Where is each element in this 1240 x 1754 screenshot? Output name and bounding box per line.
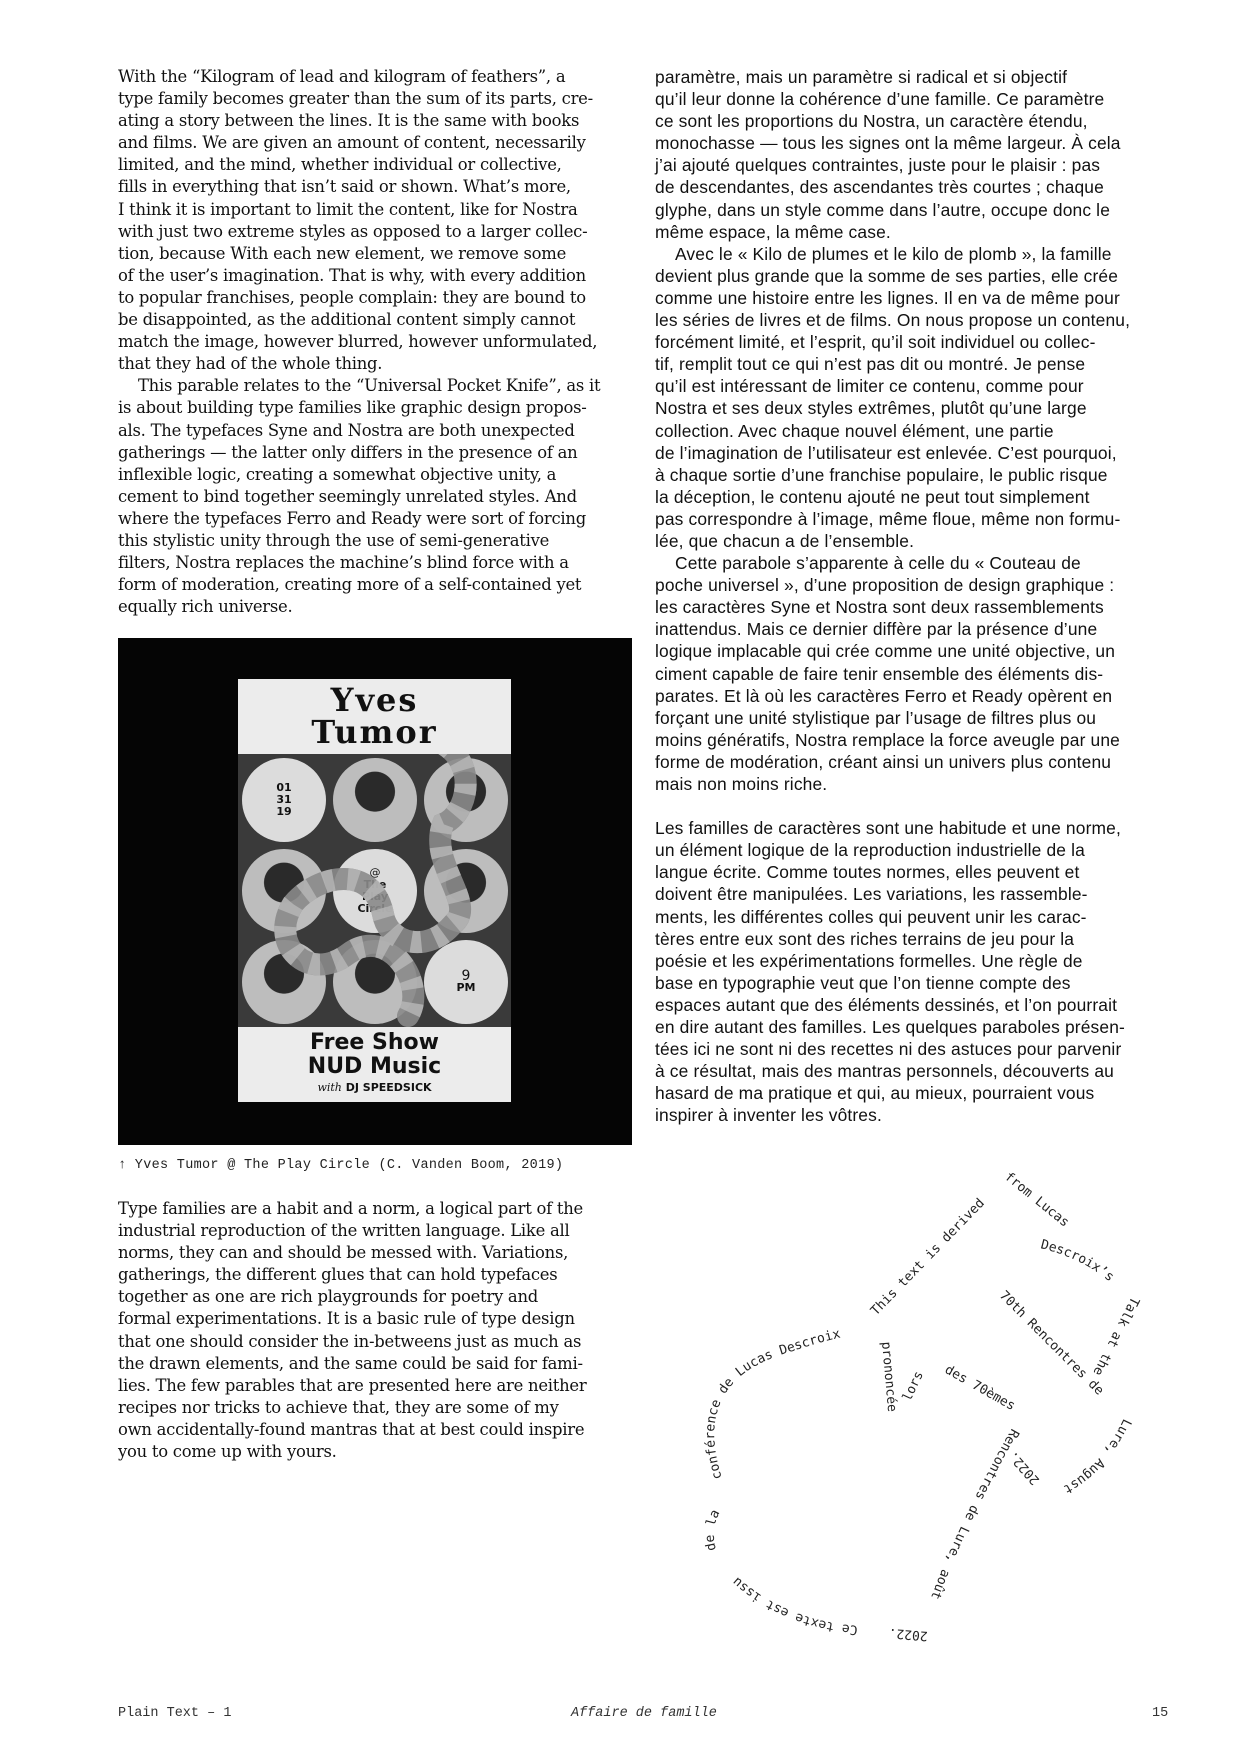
footer-publication: Plain Text – 1 — [118, 1706, 231, 1721]
text-line: Avec le « Kilo de plumes et le kilo de p… — [655, 243, 1175, 265]
text-line: Type families are a habit and a norm, a … — [118, 1198, 648, 1220]
credit-en-segment: This text is derived — [868, 1196, 988, 1319]
credit-fr-segment: lors — [900, 1369, 927, 1404]
text-line: together as one are rich playgrounds for… — [118, 1286, 648, 1308]
text-line: gatherings — the latter only differs in … — [118, 442, 638, 464]
text-line: This parable relates to the “Universal P… — [118, 375, 638, 397]
credit-fr-segment: 2022. — [888, 1625, 928, 1643]
text-line: inflexible logic, creating a somewhat ob… — [118, 464, 638, 486]
text-line: match the image, however blurred, howeve… — [118, 331, 638, 353]
poster-nud-music: NUD Music — [238, 1055, 511, 1079]
credit-fr-segment: Rencontres de Lure, août — [927, 1426, 1021, 1601]
text-line: be disappointed, as the additional conte… — [118, 309, 638, 331]
text-line: type family becomes greater than the sum… — [118, 88, 638, 110]
curved-credit-text: This text is derived from Lucas Descroix… — [640, 1150, 1200, 1670]
poster-title-tumor: Tumor — [238, 715, 511, 749]
text-line: moins génératifs, Nostra remplace la for… — [655, 729, 1175, 751]
text-line: paramètre, mais un paramètre si radical … — [655, 66, 1175, 88]
text-line: un élément logique de la reproduction in… — [655, 839, 1175, 861]
page-number: 15 — [1152, 1706, 1168, 1721]
credit-en-segment: Talk at the — [1089, 1294, 1141, 1378]
figure-caption: ↑ Yves Tumor @ The Play Circle (C. Vande… — [118, 1158, 563, 1173]
text-line: equally rich universe. — [118, 596, 638, 618]
text-line: the drawn elements, and the same could b… — [118, 1353, 648, 1375]
text-line: de l’imagination de l’utilisateur est en… — [655, 442, 1175, 464]
text-line: cement to bind together seemingly unrela… — [118, 486, 638, 508]
text-line: tères entre eux sont des riches terrains… — [655, 928, 1175, 950]
text-line: devient plus grande que la somme de ses … — [655, 265, 1175, 287]
footer-article-title: Affaire de famille — [571, 1706, 717, 1721]
english-conclusion-paragraph: Type families are a habit and a norm, a … — [118, 1198, 648, 1463]
text-line: and films. We are given an amount of con… — [118, 132, 638, 154]
text-line: de descendantes, des ascendantes très co… — [655, 176, 1175, 198]
text-line: inattendus. Mais ce dernier diffère par … — [655, 618, 1175, 640]
text-line: doivent être manipulées. Les variations,… — [655, 883, 1175, 905]
text-line: à chaque sortie d’une franchise populair… — [655, 464, 1175, 486]
text-line: of the user’s imagination. That is why, … — [118, 265, 638, 287]
text-line: ments, les différentes colles qui peuven… — [655, 906, 1175, 928]
poster-dj-name: DJ SPEEDSICK — [346, 1081, 432, 1094]
text-line: ating a story between the lines. It is t… — [118, 110, 638, 132]
text-line: that they had of the whole thing. — [118, 353, 638, 375]
poster-portrait-grid: 01 31 19 @ The Play Circle — [238, 754, 511, 1027]
credit-fr-segment: de la — [703, 1507, 724, 1552]
text-line: Nostra et ses deux styles extrêmes, plut… — [655, 397, 1175, 419]
text-line: monochasse — tous les signes ont la même… — [655, 132, 1175, 154]
paragraph-familles: Les familles de caractères sont une habi… — [655, 817, 1175, 1126]
poster-image: Yves Tumor 01 31 19 @ The Play Circle — [118, 638, 632, 1145]
poster: Yves Tumor 01 31 19 @ The Play Circle — [238, 679, 511, 1102]
text-line: you to come up with yours. — [118, 1441, 648, 1463]
text-line: where the typefaces Ferro and Ready were… — [118, 508, 638, 530]
text-line: own accidentally-found mantras that at b… — [118, 1419, 648, 1441]
text-line: logique implacable qui crée comme une un… — [655, 640, 1175, 662]
text-line: lée, que chacun a de l’ensemble. — [655, 530, 1175, 552]
text-line: formal experimentations. It is a basic r… — [118, 1308, 648, 1330]
text-line: filters, Nostra replaces the machine’s b… — [118, 552, 638, 574]
text-line: tées ici ne sont ni des recettes ni des … — [655, 1038, 1175, 1060]
text-line: is about building type families like gra… — [118, 397, 638, 419]
text-line: mais non moins riche. — [655, 773, 1175, 795]
text-line: base en typographie veut que l’on tienne… — [655, 972, 1175, 994]
text-line: Cette parabole s’apparente à celle du « … — [655, 552, 1175, 574]
text-line: with just two extreme styles as opposed … — [118, 221, 638, 243]
text-line: ce sont les proportions du Nostra, un ca… — [655, 110, 1175, 132]
credit-en-segment: from Lucas — [1001, 1169, 1071, 1230]
paragraph-pocket-knife: This parable relates to the “Universal P… — [118, 375, 638, 618]
credit-en-segment: 70th Rencontres de — [996, 1288, 1106, 1398]
text-line: hasard de ma pratique et qui, au mieux, … — [655, 1082, 1175, 1104]
text-line: les séries de livres et de films. On nou… — [655, 309, 1175, 331]
credit-en-segment: Lure, August — [1061, 1416, 1134, 1496]
credit-fr-segment: Ce texte est issu — [730, 1574, 858, 1637]
paragraph-kilogram: With the “Kilogram of lead and kilogram … — [118, 66, 638, 375]
text-line: fills in everything that isn’t said or s… — [118, 176, 638, 198]
text-line: poche universel », d’une proposition de … — [655, 574, 1175, 596]
paragraph-couteau: Cette parabole s’apparente à celle du « … — [655, 552, 1175, 795]
text-line: gatherings, the different glues that can… — [118, 1264, 648, 1286]
text-line: à ce résultat, mais des mantras personne… — [655, 1060, 1175, 1082]
text-line: pas correspondre à l’image, même floue, … — [655, 508, 1175, 530]
text-line: comme une histoire entre les lignes. Il … — [655, 287, 1175, 309]
text-line: ciment capable de faire tenir ensemble d… — [655, 663, 1175, 685]
text-line: les caractères Syne et Nostra sont deux … — [655, 596, 1175, 618]
text-line: limited, and the mind, whether individua… — [118, 154, 638, 176]
text-line: als. The typefaces Syne and Nostra are b… — [118, 420, 638, 442]
text-line: qu’il leur donne la cohérence d’une fami… — [655, 88, 1175, 110]
text-line: I think it is important to limit the con… — [118, 199, 638, 221]
text-line: to popular franchises, people complain: … — [118, 287, 638, 309]
credit-en-segment: 2022. — [1006, 1448, 1043, 1487]
credit-fr-segment: prononcée — [878, 1341, 899, 1413]
text-line: that one should consider the in-betweens… — [118, 1331, 648, 1353]
text-line: form of moderation, creating more of a s… — [118, 574, 638, 596]
poster-dj-line: with DJ SPEEDSICK — [238, 1081, 511, 1095]
text-line: parates. Et là où les caractères Ferro e… — [655, 685, 1175, 707]
text-line: Les familles de caractères sont une habi… — [655, 817, 1175, 839]
credit-en-segment: Descroix’s — [1039, 1237, 1117, 1285]
text-line: la déception, le contenu ajouté ne peut … — [655, 486, 1175, 508]
credit-fr-segment: conférence de Lucas Descroix — [703, 1327, 842, 1482]
french-article-column: paramètre, mais un paramètre si radical … — [655, 66, 1175, 1127]
text-line: tion, because With each new element, we … — [118, 243, 638, 265]
text-line: industrial reproduction of the written l… — [118, 1220, 648, 1242]
text-line: j’ai ajouté quelques contraintes, juste … — [655, 154, 1175, 176]
text-line: forcément limité, et l’esprit, qu’il soi… — [655, 331, 1175, 353]
paragraph-kilo-de-plumes: Avec le « Kilo de plumes et le kilo de p… — [655, 243, 1175, 552]
text-line: lies. The few parables that are presente… — [118, 1375, 648, 1397]
text-line: espaces autant que des éléments dessinés… — [655, 994, 1175, 1016]
paragraph-parametre: paramètre, mais un paramètre si radical … — [655, 66, 1175, 243]
text-line: inspirer à inventer les vôtres. — [655, 1104, 1175, 1126]
text-line: collection. Avec chaque nouvel élément, … — [655, 420, 1175, 442]
text-line: langue écrite. Comme toutes normes, elle… — [655, 861, 1175, 883]
snake-illustration — [238, 754, 511, 1027]
text-line: this stylistic unity through the use of … — [118, 530, 638, 552]
text-line: en dire autant des familles. Les quelque… — [655, 1016, 1175, 1038]
paragraph-gap — [655, 795, 1175, 817]
text-line: With the “Kilogram of lead and kilogram … — [118, 66, 638, 88]
text-line: norms, they can and should be messed wit… — [118, 1242, 648, 1264]
text-line: forçant une unité stylistique par l’usag… — [655, 707, 1175, 729]
text-line: forme de modération, créant ainsi un uni… — [655, 751, 1175, 773]
text-line: poésie et les expérimentations formelles… — [655, 950, 1175, 972]
text-line: glyphe, dans un style comme dans l’autre… — [655, 199, 1175, 221]
poster-title-yves: Yves — [238, 683, 511, 717]
credit-fr-segment: des 70èmes — [942, 1362, 1018, 1414]
text-line: même espace, la même case. — [655, 221, 1175, 243]
english-article-intro: With the “Kilogram of lead and kilogram … — [118, 66, 638, 618]
poster-with-script: with — [317, 1081, 341, 1094]
text-line: qu’il est intéressant de limiter ce cont… — [655, 375, 1175, 397]
text-line: tif, remplit tout ce qui n’est pas dit o… — [655, 353, 1175, 375]
poster-free-show: Free Show — [238, 1031, 511, 1055]
text-line: recipes nor tricks to achieve that, they… — [118, 1397, 648, 1419]
